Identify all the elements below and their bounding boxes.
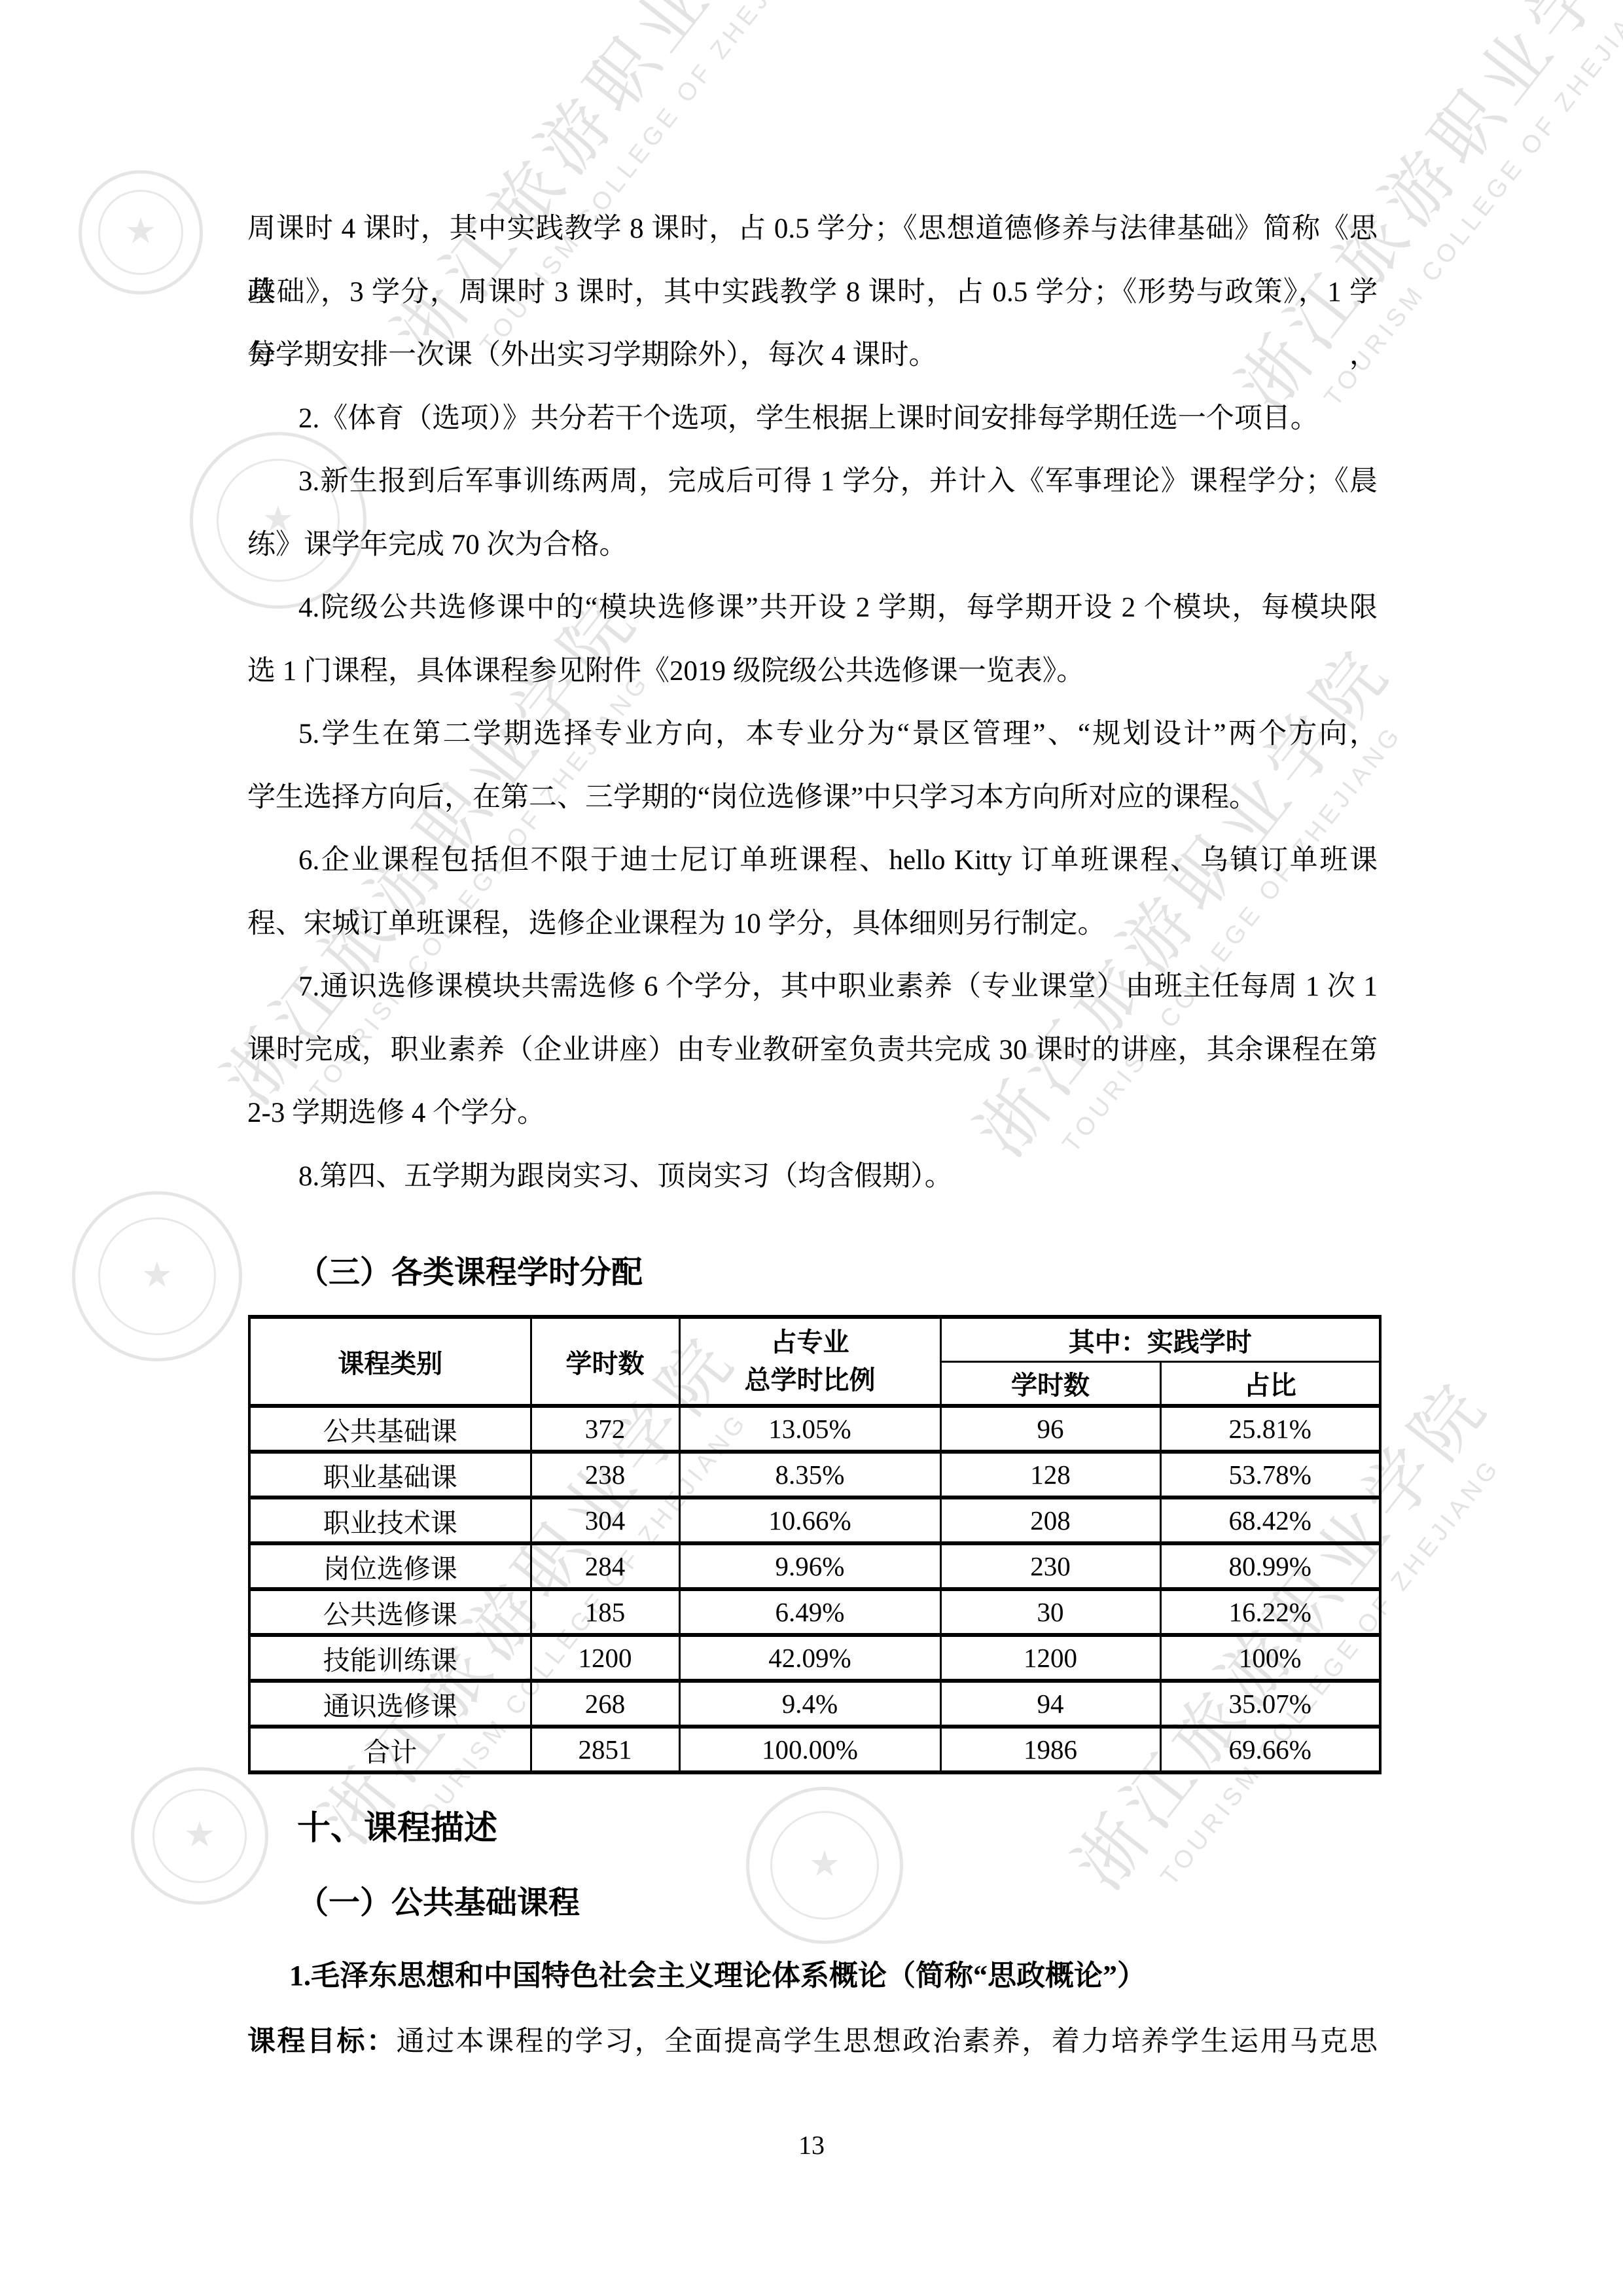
- body-line: 3.新生报到后军事训练两周，完成后可得 1 学分，并计入《军事理论》课程学分；《…: [247, 450, 1378, 514]
- cell-practice-hours: 128: [940, 1452, 1160, 1498]
- body-line: 学生选择方向后，在第二、三学期的“岗位选修课”中只学习本方向所对应的课程。: [247, 766, 1378, 830]
- cell-practice-hours: 208: [940, 1498, 1160, 1543]
- cell-practice-hours: 94: [940, 1681, 1160, 1727]
- col-header-category: 课程类别: [249, 1317, 531, 1406]
- cell-practice-pct: 35.07%: [1160, 1681, 1380, 1727]
- course-title-maoism: 1.毛泽东思想和中国特色社会主义理论体系概论（简称“思政概论”）: [247, 1950, 1378, 2002]
- table-row: 岗位选修课 284 9.96% 230 80.99%: [249, 1543, 1380, 1589]
- cell-pct: 13.05%: [679, 1406, 940, 1452]
- course-objective-label: 课程目标：: [247, 2026, 397, 2057]
- cell-practice-pct: 16.22%: [1160, 1589, 1380, 1635]
- col-header-hours: 学时数: [531, 1317, 679, 1406]
- cell-practice-pct: 68.42%: [1160, 1498, 1380, 1543]
- cell-hours: 372: [531, 1406, 679, 1452]
- cell-pct: 8.35%: [679, 1452, 940, 1498]
- cell-hours: 284: [531, 1543, 679, 1589]
- table-row: 公共基础课 372 13.05% 96 25.81%: [249, 1406, 1380, 1452]
- cell-category: 技能训练课: [249, 1635, 531, 1681]
- cell-category: 合计: [249, 1727, 531, 1772]
- body-line: 周课时 4 课时，其中实践教学 8 课时，占 0.5 学分；《思想道德修养与法律…: [247, 198, 1378, 261]
- col-header-pct-line1: 占专业: [681, 1323, 940, 1361]
- table-row: 公共选修课 185 6.49% 30 16.22%: [249, 1589, 1380, 1635]
- page-content: 周课时 4 课时，其中实践教学 8 课时，占 0.5 学分；《思想道德修养与法律…: [0, 0, 1623, 2296]
- cell-practice-pct: 100%: [1160, 1635, 1380, 1681]
- course-objective-text: 通过本课程的学习，全面提高学生思想政治素养，着力培养学生运用马克思: [397, 2026, 1378, 2057]
- col-header-practice: 其中：实践学时: [940, 1317, 1380, 1362]
- col-header-practice-hours: 学时数: [940, 1362, 1160, 1407]
- section-heading-hours-allocation: （三）各类课程学时分配: [247, 1244, 1378, 1302]
- table-row: 职业基础课 238 8.35% 128 53.78%: [249, 1452, 1380, 1498]
- cell-category: 公共基础课: [249, 1406, 531, 1452]
- cell-category: 岗位选修课: [249, 1543, 531, 1589]
- cell-hours: 185: [531, 1589, 679, 1635]
- cell-category: 职业基础课: [249, 1452, 531, 1498]
- body-line: 8.第四、五学期为跟岗实习、顶岗实习（均含假期）。: [247, 1145, 1378, 1209]
- body-text-block: 周课时 4 课时，其中实践教学 8 课时，占 0.5 学分；《思想道德修养与法律…: [247, 198, 1378, 1208]
- col-header-practice-pct: 占比: [1160, 1362, 1380, 1407]
- cell-pct: 10.66%: [679, 1498, 940, 1543]
- page-number: 13: [0, 2119, 1623, 2172]
- cell-pct: 9.96%: [679, 1543, 940, 1589]
- body-line: 2.《体育（选项）》共分若干个选项，学生根据上课时间安排每学期任选一个项目。: [247, 387, 1378, 451]
- body-line: 4.院级公共选修课中的“模块选修课”共开设 2 学期，每学期开设 2 个模块，每…: [247, 577, 1378, 640]
- table-row: 通识选修课 268 9.4% 94 35.07%: [249, 1681, 1380, 1727]
- cell-category: 职业技术课: [249, 1498, 531, 1543]
- body-line: 课时完成，职业素养（企业讲座）由专业教研室负责共完成 30 课时的讲座，其余课程…: [247, 1019, 1378, 1083]
- cell-hours: 268: [531, 1681, 679, 1727]
- table-row-total: 合计 2851 100.00% 1986 69.66%: [249, 1727, 1380, 1772]
- course-objective-paragraph: 课程目标：通过本课程的学习，全面提高学生思想政治素养，着力培养学生运用马克思: [247, 2011, 1378, 2073]
- cell-practice-hours: 1986: [940, 1727, 1160, 1772]
- cell-category: 公共选修课: [249, 1589, 531, 1635]
- body-line: 2-3 学期选修 4 个学分。: [247, 1082, 1378, 1145]
- cell-pct: 42.09%: [679, 1635, 940, 1681]
- cell-practice-hours: 1200: [940, 1635, 1160, 1681]
- body-line: 选 1 门课程，具体课程参见附件《2019 级院级公共选修课一览表》。: [247, 640, 1378, 704]
- section-heading-course-description: 十、课程描述: [247, 1799, 1378, 1857]
- body-line: 基础》，3 学分，周课时 3 课时，其中实践教学 8 课时，占 0.5 学分；《…: [247, 261, 1378, 325]
- col-header-pct-line2: 总学时比例: [681, 1361, 940, 1399]
- cell-practice-pct: 53.78%: [1160, 1452, 1380, 1498]
- cell-practice-pct: 80.99%: [1160, 1543, 1380, 1589]
- course-hours-table: 课程类别 学时数 占专业 总学时比例 其中：实践学时 学时数 占比 公共基础课 …: [248, 1315, 1382, 1774]
- cell-pct: 100.00%: [679, 1727, 940, 1772]
- cell-practice-hours: 230: [940, 1543, 1160, 1589]
- cell-hours: 238: [531, 1452, 679, 1498]
- body-line: 程、宋城订单班课程，选修企业课程为 10 学分，具体细则另行制定。: [247, 893, 1378, 956]
- cell-hours: 2851: [531, 1727, 679, 1772]
- body-line: 6.企业课程包括但不限于迪士尼订单班课程、hello Kitty 订单班课程、乌…: [247, 829, 1378, 893]
- cell-practice-pct: 69.66%: [1160, 1727, 1380, 1772]
- body-line: 练》课学年完成 70 次为合格。: [247, 514, 1378, 577]
- cell-pct: 9.4%: [679, 1681, 940, 1727]
- cell-category: 通识选修课: [249, 1681, 531, 1727]
- cell-practice-hours: 30: [940, 1589, 1160, 1635]
- document-page: 浙江旅游职业学院 TOURISM COLLEGE OF ZHEJIANG 浙江旅…: [0, 0, 1623, 2296]
- body-line: 7.通识选修课模块共需选修 6 个学分，其中职业素养（专业课堂）由班主任每周 1…: [247, 956, 1378, 1019]
- cell-pct: 6.49%: [679, 1589, 940, 1635]
- col-header-pct: 占专业 总学时比例: [679, 1317, 940, 1406]
- cell-practice-hours: 96: [940, 1406, 1160, 1452]
- section-heading-public-basic-courses: （一）公共基础课程: [247, 1874, 1378, 1933]
- table-row: 职业技术课 304 10.66% 208 68.42%: [249, 1498, 1380, 1543]
- cell-hours: 1200: [531, 1635, 679, 1681]
- cell-hours: 304: [531, 1498, 679, 1543]
- cell-practice-pct: 25.81%: [1160, 1406, 1380, 1452]
- body-line: 5.学生在第二学期选择专业方向，本专业分为“景区管理”、“规划设计”两个方向，: [247, 703, 1378, 766]
- table-row: 技能训练课 1200 42.09% 1200 100%: [249, 1635, 1380, 1681]
